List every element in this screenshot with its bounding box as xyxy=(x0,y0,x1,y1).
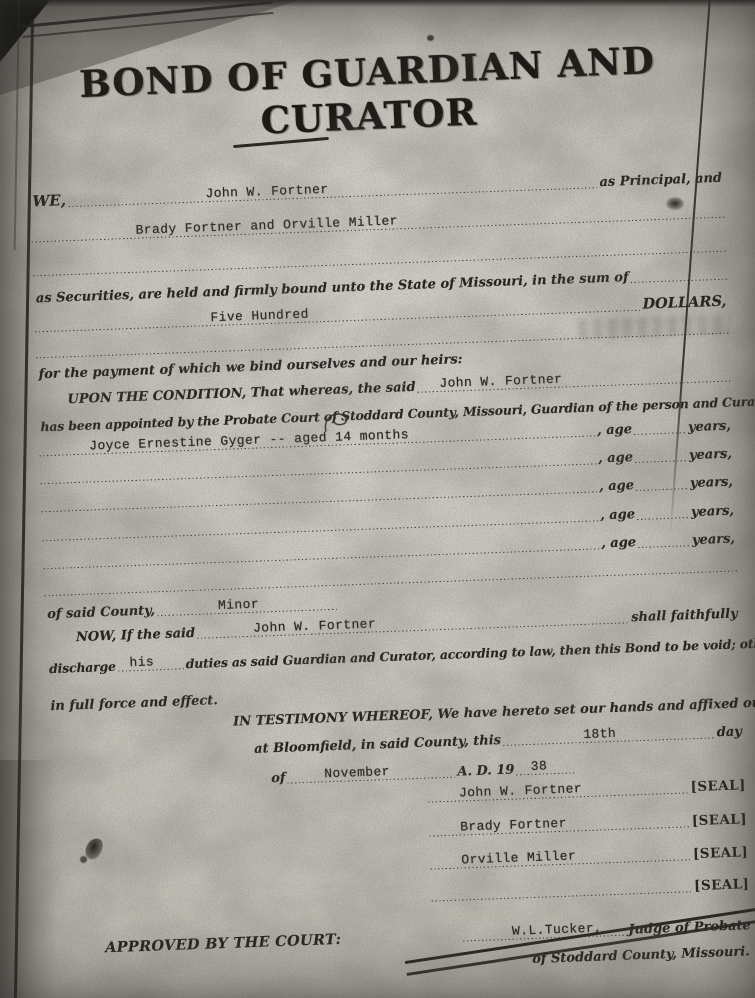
dotted-line xyxy=(636,474,689,493)
seal-label: [SEAL] xyxy=(689,811,748,829)
securities-names-typed: Brady Fortner and Orville Miller xyxy=(135,213,398,237)
age-label: , age xyxy=(596,450,635,466)
ghost-artifact xyxy=(60,196,120,208)
dotted-line xyxy=(431,877,691,903)
principal-name-typed: John W. Fortner xyxy=(205,182,328,201)
dotted-line: 18th xyxy=(503,723,715,748)
years-label: years, xyxy=(688,474,735,491)
now-suffix-label: shall faithfully xyxy=(629,606,740,625)
day-typed: 18th xyxy=(583,726,616,742)
judge-title-label: Judge of Probate xyxy=(626,918,753,938)
securities-row: Brady Fortner and Orville Miller xyxy=(31,203,725,245)
document-title: BOND OF GUARDIAN AND CURATOR xyxy=(46,37,689,152)
dotted-line xyxy=(635,446,688,465)
month-typed: November xyxy=(324,764,390,781)
dotted-line: John W. Fortner xyxy=(417,367,731,395)
condition-name-typed: John W. Fortner xyxy=(439,372,562,391)
age-label: , age xyxy=(597,478,636,494)
judge-county-row: of Stoddard County, Missouri. xyxy=(424,942,752,971)
dotted-line: Minor xyxy=(157,595,337,618)
day-suffix-label: day xyxy=(715,724,745,740)
now-prefix-label: NOW, If the said xyxy=(46,626,198,646)
of-label: of xyxy=(269,771,288,787)
signature-row: [SEAL] xyxy=(431,875,749,903)
judge-county-label: of Stoddard County, Missouri. xyxy=(530,944,752,967)
form-body: WE, John W. Fortner as Principal, and Br… xyxy=(16,153,755,998)
amount-typed: Five Hundred xyxy=(210,307,309,326)
dollars-label: DOLLARS, xyxy=(640,293,728,313)
discharge-prefix-label: discharge xyxy=(47,659,118,677)
signature-row: John W. Fortner [SEAL] xyxy=(428,776,746,804)
years-label: years, xyxy=(686,419,733,436)
dotted-line: John W. Fortner xyxy=(68,173,598,209)
dotted-line: Orville Miller xyxy=(430,845,690,871)
signature-row: Orville Miller [SEAL] xyxy=(430,843,748,871)
seal-label: [SEAL] xyxy=(690,844,749,862)
ink-blot-small xyxy=(80,856,87,863)
judge-name-typed: W.L.Tucker, xyxy=(512,920,603,938)
ad-label: A. D. 19 xyxy=(455,762,517,779)
dotted-line xyxy=(638,531,691,550)
place-prefix-label: at Bloomfield, in said County, this xyxy=(252,733,503,757)
years-label: years, xyxy=(689,503,736,520)
dotted-line xyxy=(630,265,727,285)
dotted-line: Brady Fortner xyxy=(429,812,689,838)
year-typed: 38 xyxy=(531,758,548,774)
scanned-bond-document: BOND OF GUARDIAN AND CURATOR WE, John W.… xyxy=(0,0,755,998)
now-name-typed: John W. Fortner xyxy=(253,616,376,635)
principal-row: WE, John W. Fortner as Principal, and xyxy=(30,169,724,211)
discharge-his-typed: his xyxy=(129,654,154,670)
seal-label: [SEAL] xyxy=(691,876,750,894)
county-minor-typed: Minor xyxy=(218,597,260,613)
ink-speck xyxy=(427,35,434,41)
age-label: , age xyxy=(598,507,637,523)
dotted-line xyxy=(637,503,690,522)
dotted-line: 38 xyxy=(516,758,575,777)
county-prefix-label: of said County, xyxy=(45,603,157,622)
dotted-line: W.L.Tucker, xyxy=(463,921,627,944)
ink-smudge xyxy=(666,197,684,210)
dotted-line: November xyxy=(287,763,456,786)
years-label: years, xyxy=(687,446,734,463)
dotted-line: his xyxy=(117,654,184,673)
signature-row: Brady Fortner [SEAL] xyxy=(429,810,747,838)
place-day-row: at Bloomfield, in said County, this 18th… xyxy=(252,722,744,757)
years-label: years, xyxy=(690,531,737,548)
signature-name-typed: Orville Miller xyxy=(461,848,576,867)
dotted-line xyxy=(634,418,687,437)
signature-name-typed: John W. Fortner xyxy=(459,781,582,800)
seal-label: [SEAL] xyxy=(687,777,746,795)
age-label: , age xyxy=(599,535,638,551)
age-label: , age xyxy=(595,422,634,438)
approved-by-court-label: APPROVED BY THE COURT: xyxy=(103,931,344,957)
scan-top-edge xyxy=(0,0,755,7)
dotted-line: John W. Fortner xyxy=(428,778,688,804)
principal-suffix-label: as Principal, and xyxy=(597,171,724,191)
signature-name-typed: Brady Fortner xyxy=(460,816,567,835)
condition-prefix-label: UPON THE CONDITION, That whereas, the sa… xyxy=(37,380,418,409)
force-clause-label: in full force and effect. xyxy=(48,693,220,714)
pen-loop-mark xyxy=(321,410,362,433)
dotted-line: Brady Fortner and Orville Miller xyxy=(31,203,725,245)
